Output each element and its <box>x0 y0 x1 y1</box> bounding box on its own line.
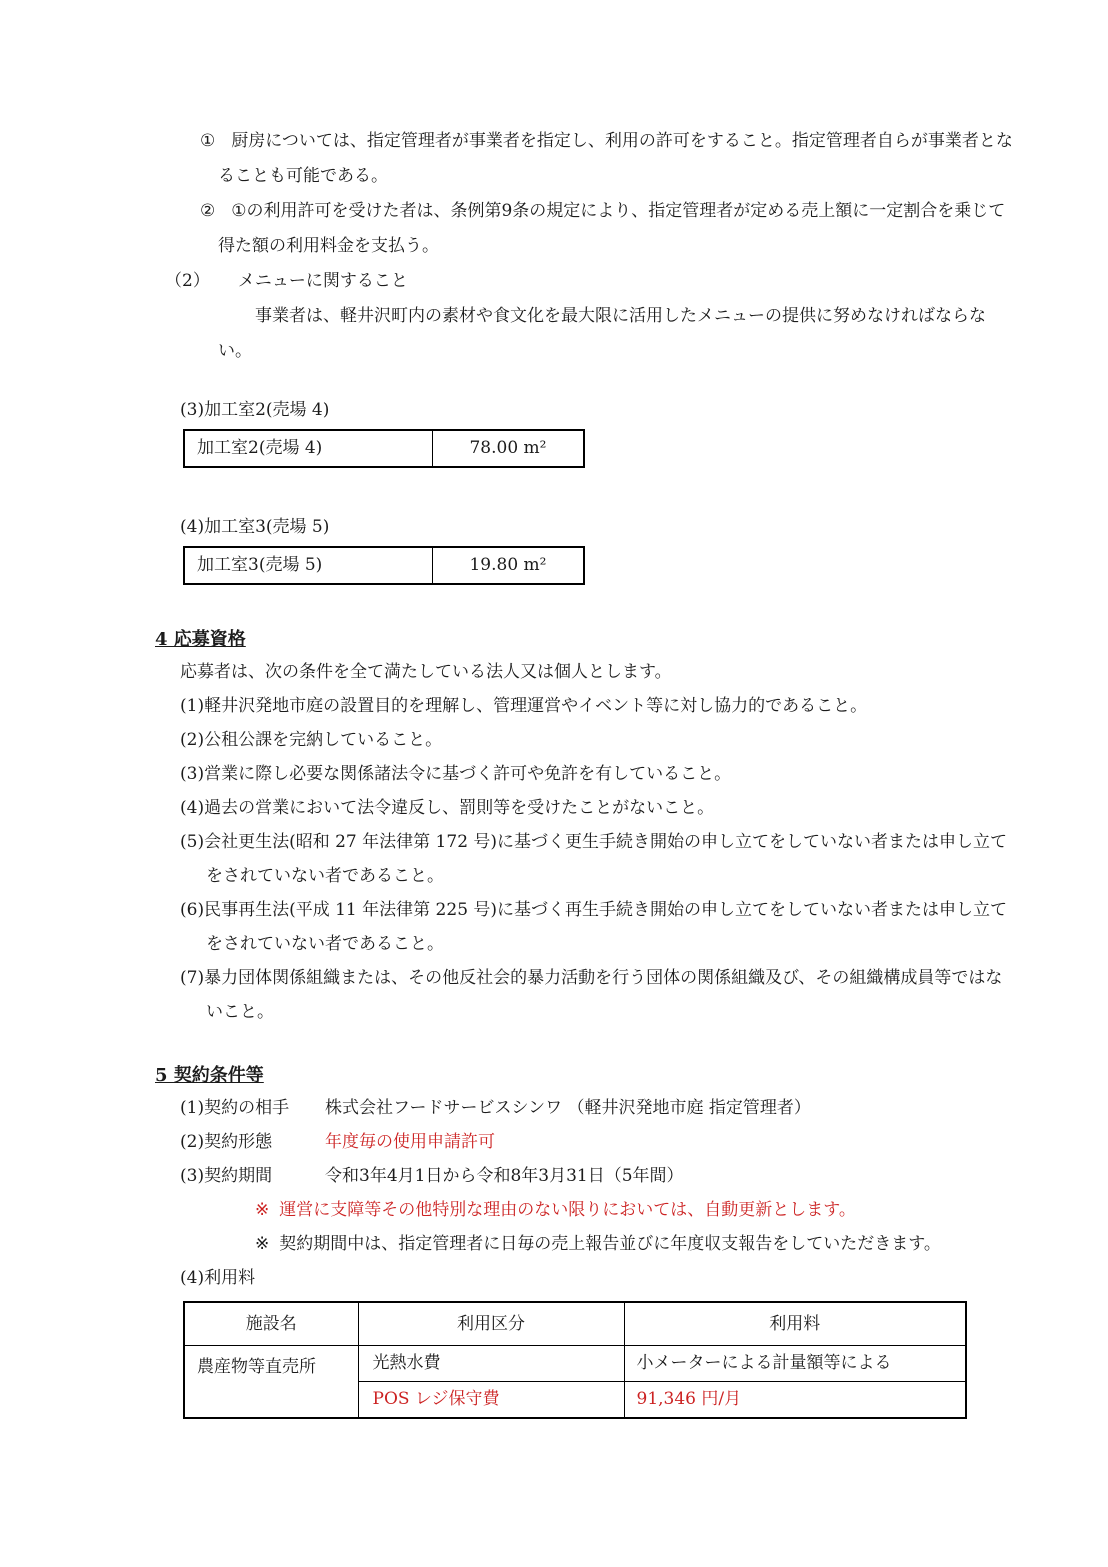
room-table-1: 加工室2(売場 4) 78.00 m² <box>183 429 585 468</box>
fee-category-cell: 光熱水費 <box>358 1346 624 1382</box>
note-auto-renewal: ※運営に支障等その他特別な理由のない限りにおいては、自動更新とします。 <box>0 1193 1108 1227</box>
room-name-cell: 加工室2(売場 4) <box>184 430 433 467</box>
qualification-item-4: (4)過去の営業において法令違反し、罰則等を受けたことがないこと。 <box>0 791 1016 825</box>
room-area-cell: 19.80 m² <box>433 547 585 584</box>
kitchen-item-1: ①厨房については、指定管理者が事業者を指定し、利用の許可をすること。指定管理者自… <box>0 124 1018 194</box>
fee-section-label: (4)利用料 <box>180 1261 1108 1295</box>
fee-header-facility: 施設名 <box>184 1302 358 1346</box>
contract-value: 年度毎の使用申請許可 <box>325 1125 495 1159</box>
note-text: 契約期間中は、指定管理者に日毎の売上報告並びに年度収支報告をしていただきます。 <box>279 1234 941 1254</box>
qualification-item-7: (7)暴力団体関係組織または、その他反社会的暴力活動を行う団体の関係組織及び、そ… <box>0 961 1016 1029</box>
contract-label: (1)契約の相手 <box>180 1091 325 1125</box>
circled-2-marker: ② <box>200 201 215 221</box>
section4-intro: 応募者は、次の条件を全て満たしている法人又は個人とします。 <box>180 655 1108 689</box>
room-name-cell: 加工室3(売場 5) <box>184 547 433 584</box>
qualification-item-3: (3)営業に際し必要な関係諸法令に基づく許可や免許を有していること。 <box>0 757 1016 791</box>
fee-value-cell: 91,346 円/月 <box>624 1382 966 1419</box>
section4-heading: 4 応募資格 <box>155 625 1108 655</box>
room-table-2: 加工室3(売場 5) 19.80 m² <box>183 546 585 585</box>
room-table-1-label: (3)加工室2(売場 4) <box>180 395 1108 425</box>
fee-table: 施設名 利用区分 利用料 農産物等直売所 光熱水費 小メーターによる計量額等によ… <box>183 1301 967 1419</box>
circled-1-marker: ① <box>200 131 215 151</box>
fee-header-fee: 利用料 <box>624 1302 966 1346</box>
qualification-item-1: (1)軽井沢発地市庭の設置目的を理解し、管理運営やイベント等に対し協力的であるこ… <box>0 689 1016 723</box>
table-row: 農産物等直売所 光熱水費 小メーターによる計量額等による <box>184 1346 966 1382</box>
note-reporting: ※契約期間中は、指定管理者に日毎の売上報告並びに年度収支報告をしていただきます。 <box>0 1227 1108 1261</box>
fee-header-category: 利用区分 <box>358 1302 624 1346</box>
menu-section-heading: （2）メニューに関すること <box>165 264 1108 299</box>
kitchen-item-1-text: 厨房については、指定管理者が事業者を指定し、利用の許可をすること。指定管理者自ら… <box>218 131 1013 186</box>
contract-label: (2)契約形態 <box>180 1125 325 1159</box>
contract-row-partner: (1)契約の相手 株式会社フードサービスシンワ （軽井沢発地市庭 指定管理者） <box>180 1091 1108 1125</box>
table-row: 加工室3(売場 5) 19.80 m² <box>184 547 584 584</box>
reference-mark: ※ <box>255 1200 269 1220</box>
table-row: 加工室2(売場 4) 78.00 m² <box>184 430 584 467</box>
document-page: ①厨房については、指定管理者が事業者を指定し、利用の許可をすること。指定管理者自… <box>0 0 1108 1567</box>
contract-row-form: (2)契約形態 年度毎の使用申請許可 <box>180 1125 1108 1159</box>
reference-mark: ※ <box>255 1234 269 1254</box>
fee-category-cell: POS レジ保守費 <box>358 1382 624 1419</box>
room-table-2-label: (4)加工室3(売場 5) <box>180 512 1108 542</box>
contract-value: 株式会社フードサービスシンワ （軽井沢発地市庭 指定管理者） <box>325 1091 811 1125</box>
fee-value-cell: 小メーターによる計量額等による <box>624 1346 966 1382</box>
qualification-item-5: (5)会社更生法(昭和 27 年法律第 172 号)に基づく更生手続き開始の申し… <box>0 825 1016 893</box>
contract-label: (3)契約期間 <box>180 1159 325 1193</box>
note-text: 運営に支障等その他特別な理由のない限りにおいては、自動更新とします。 <box>279 1200 856 1220</box>
kitchen-item-2: ②①の利用許可を受けた者は、条例第9条の規定により、指定管理者が定める売上額に一… <box>0 194 1018 264</box>
contract-value: 令和3年4月1日から令和8年3月31日（5年間） <box>325 1159 684 1193</box>
facility-cell: 農産物等直売所 <box>184 1346 358 1419</box>
section5-heading: 5 契約条件等 <box>155 1061 1108 1091</box>
menu-section-title: メニューに関すること <box>238 271 408 291</box>
qualification-item-2: (2)公租公課を完納していること。 <box>0 723 1016 757</box>
qualification-item-6: (6)民事再生法(平成 11 年法律第 225 号)に基づく再生手続き開始の申し… <box>0 893 1016 961</box>
room-area-cell: 78.00 m² <box>433 430 585 467</box>
fee-table-header-row: 施設名 利用区分 利用料 <box>184 1302 966 1346</box>
menu-section-body: 事業者は、軽井沢町内の素材や食文化を最大限に活用したメニューの提供に努めなければ… <box>0 299 1008 369</box>
menu-section-marker: （2） <box>165 271 210 291</box>
contract-row-period: (3)契約期間 令和3年4月1日から令和8年3月31日（5年間） <box>180 1159 1108 1193</box>
kitchen-item-2-text: ①の利用許可を受けた者は、条例第9条の規定により、指定管理者が定める売上額に一定… <box>218 201 1005 256</box>
